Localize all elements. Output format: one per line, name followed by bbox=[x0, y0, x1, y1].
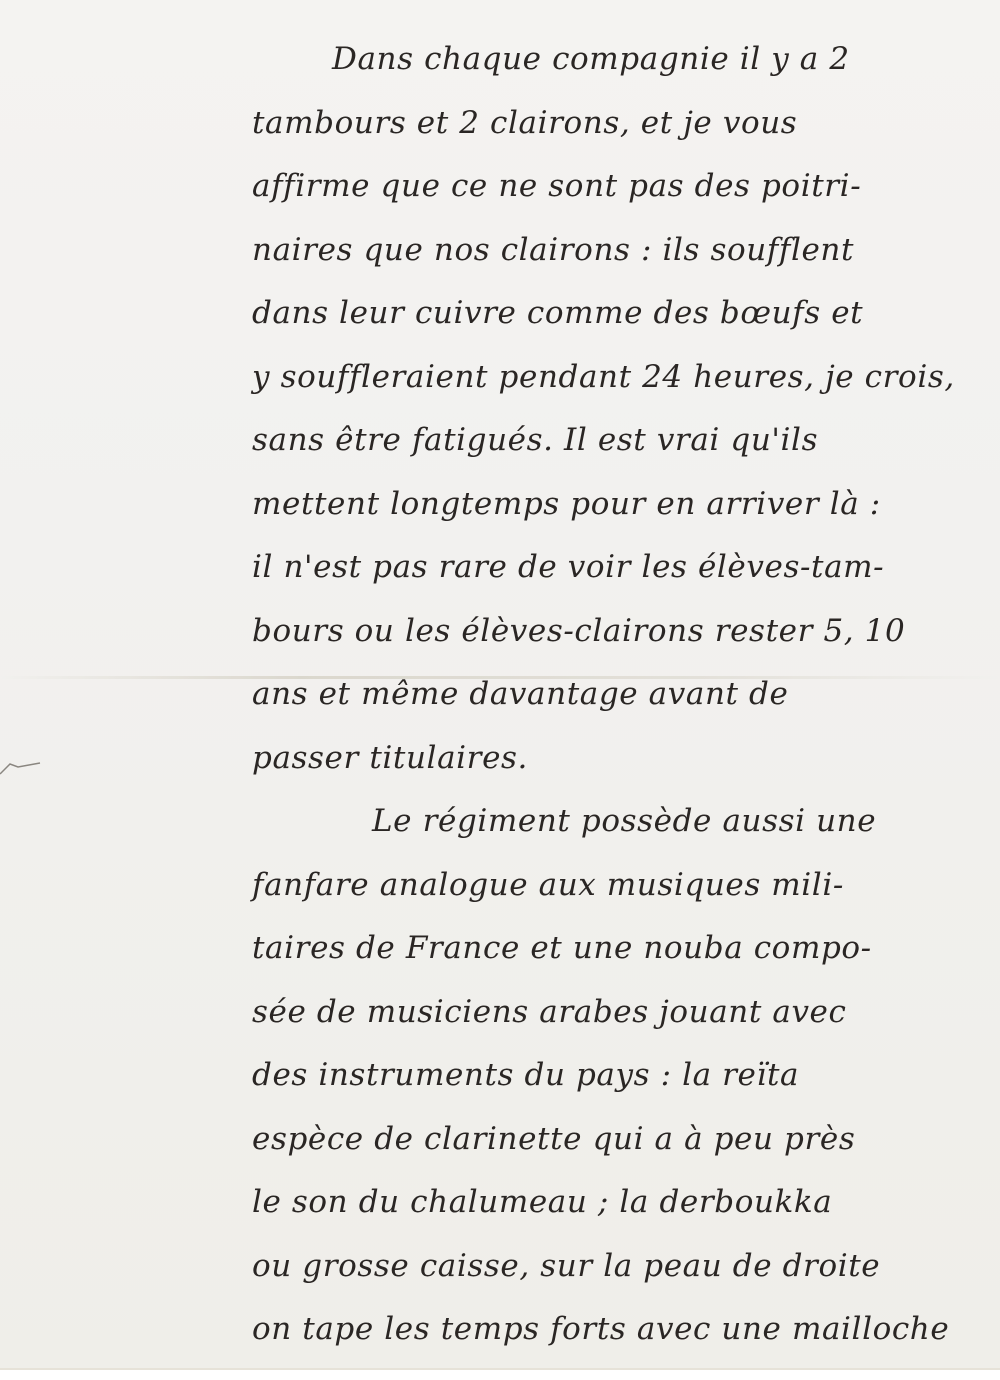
text-line: espèce de clarinette qui a à peu près bbox=[252, 1108, 1000, 1172]
text-line: bours ou les élèves-clairons rester 5, 1… bbox=[252, 600, 1000, 664]
letter-body: Dans chaque compagnie il y a 2 tambours … bbox=[252, 28, 1000, 1362]
text-line: dans leur cuivre comme des bœufs et bbox=[252, 282, 1000, 346]
margin-ink-mark bbox=[0, 758, 45, 778]
text-line: affirme que ce ne sont pas des poitri- bbox=[252, 155, 1000, 219]
text-line: passer titulaires. bbox=[252, 727, 1000, 791]
text-line: sans être fatigués. Il est vrai qu'ils bbox=[252, 409, 1000, 473]
text-line: on tape les temps forts avec une mailloc… bbox=[252, 1298, 1000, 1362]
text-line: Dans chaque compagnie il y a 2 bbox=[252, 28, 1000, 92]
text-line: y souffleraient pendant 24 heures, je cr… bbox=[252, 346, 1000, 410]
text-line: taires de France et une nouba compo- bbox=[252, 917, 1000, 981]
text-line: le son du chalumeau ; la derboukka bbox=[252, 1171, 1000, 1235]
text-line: naires que nos clairons : ils soufflent bbox=[252, 219, 1000, 283]
letter-page: Dans chaque compagnie il y a 2 tambours … bbox=[0, 0, 1000, 1370]
text-line: tambours et 2 clairons, et je vous bbox=[252, 92, 1000, 156]
text-line: des instruments du pays : la reïta bbox=[252, 1044, 1000, 1108]
text-line: mettent longtemps pour en arriver là : bbox=[252, 473, 1000, 537]
text-line-paragraph-start: Le régiment possède aussi une bbox=[252, 790, 1000, 854]
text-line: ans et même davantage avant de bbox=[252, 663, 1000, 727]
text-line: il n'est pas rare de voir les élèves-tam… bbox=[252, 536, 1000, 600]
text-line: fanfare analogue aux musiques mili- bbox=[252, 854, 1000, 918]
text-line: ou grosse caisse, sur la peau de droite bbox=[252, 1235, 1000, 1299]
text-line: sée de musiciens arabes jouant avec bbox=[252, 981, 1000, 1045]
